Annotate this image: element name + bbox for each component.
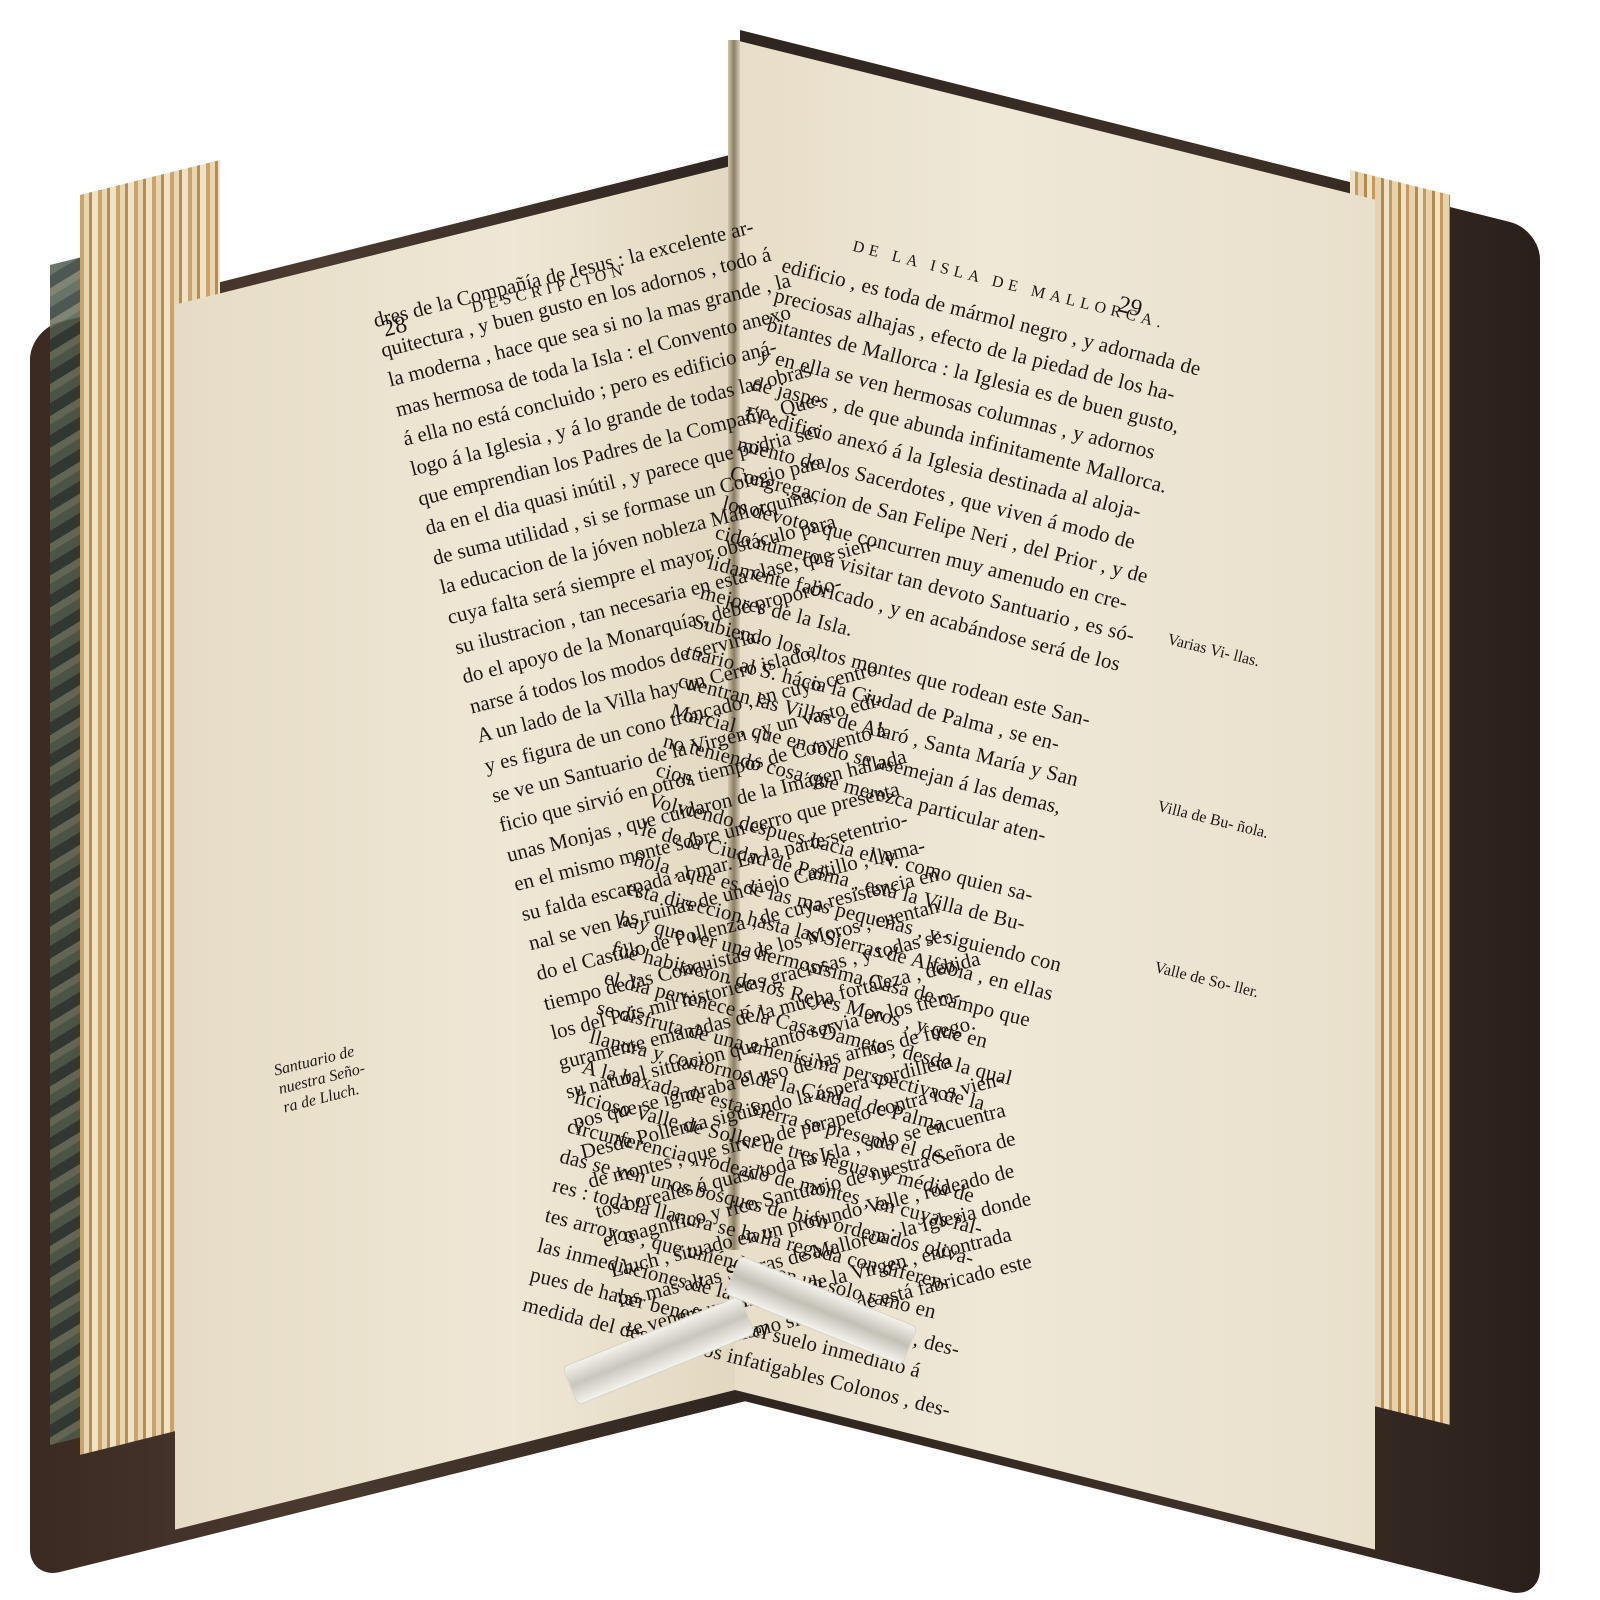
acrylic-book-stand (548, 1255, 948, 1365)
book-photo: DESCRIPCION 28 dres de la Compañía de Je… (0, 0, 1600, 1600)
stand-right-arm (724, 1255, 918, 1366)
